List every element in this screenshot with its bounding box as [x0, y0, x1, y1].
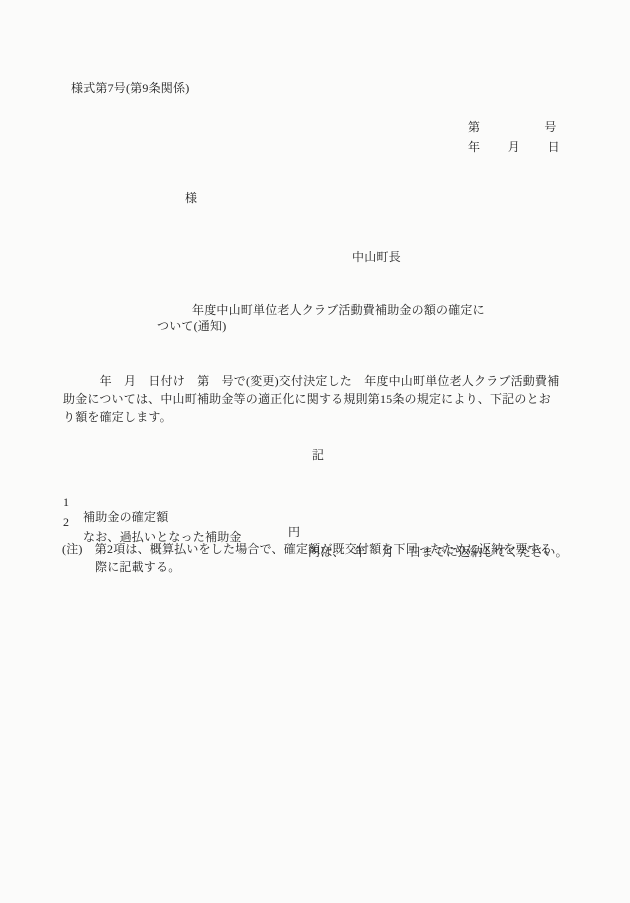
- list-item-overpayment: 2 なお、過払いとなった補助金 円は、 年 月 日までに返納してください。: [63, 500, 603, 515]
- body-paragraph-line1: 年 月 日付け 第 号で(変更)交付決定した 年度中山町単位老人クラブ活動費補: [63, 374, 559, 389]
- body-paragraph-line3: り額を確定します。: [63, 410, 172, 425]
- body-paragraph-line2: 助金については、中山町補助金等の適正化に関する規則第15条の規定により、下記のと…: [63, 392, 551, 407]
- date-line: 年 月 日: [468, 140, 560, 155]
- record-heading: 記: [312, 448, 324, 463]
- document-title-line1: 年度中山町単位老人クラブ活動費補助金の額の確定に: [192, 303, 485, 318]
- document-page: 様式第7号(第9条関係) 第 号 年 月 日 様 中山町長 年度中山町単位老人ク…: [0, 0, 630, 903]
- addressee-honorific: 様: [185, 191, 197, 206]
- note-line2: 際に記載する。: [95, 560, 180, 575]
- item-number: 2: [63, 515, 69, 530]
- list-item-confirmed-amount: 1 補助金の確定額 円: [63, 480, 603, 495]
- item-amount-unit: 円: [288, 525, 300, 540]
- document-number-line: 第 号: [468, 120, 557, 135]
- document-title-line2: ついて(通知): [157, 319, 226, 334]
- sender-name: 中山町長: [352, 250, 401, 265]
- form-number-label: 様式第7号(第9条関係): [71, 81, 189, 96]
- note-line1: (注) 第2項は、概算払いをした場合で、確定額が既交付額を下回ったために返納を要…: [62, 542, 552, 557]
